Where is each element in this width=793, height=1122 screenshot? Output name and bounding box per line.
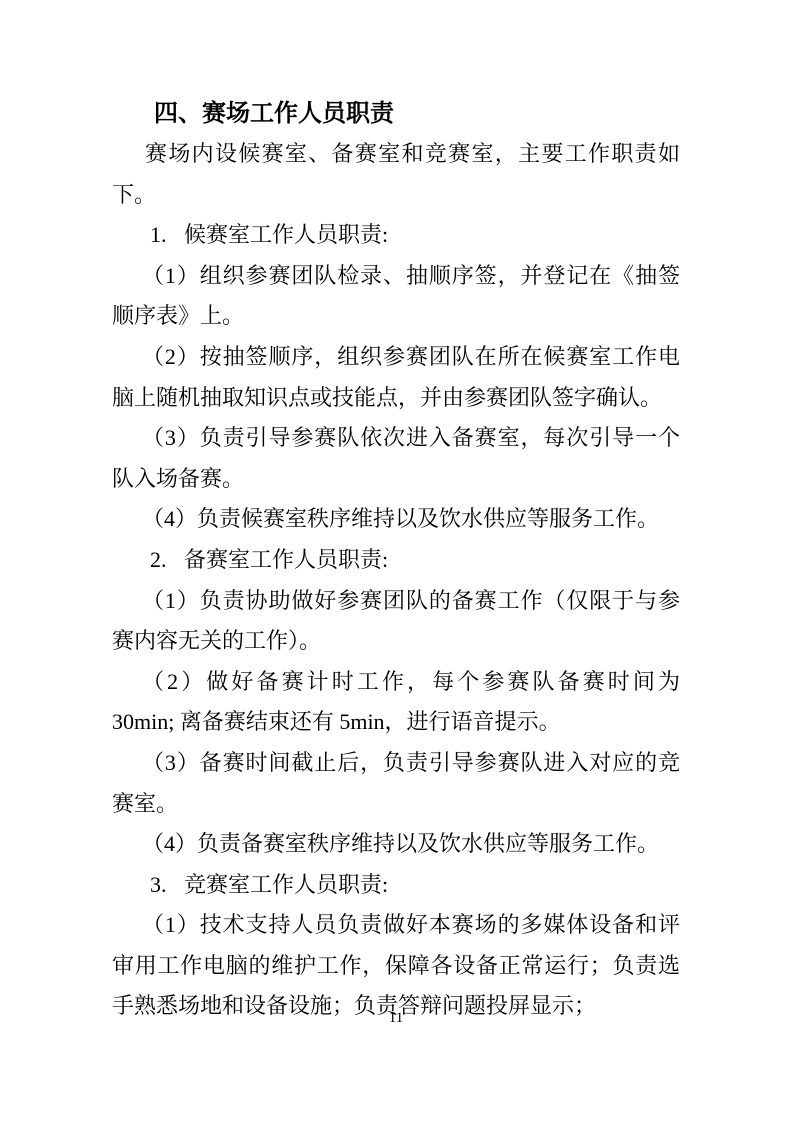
item-1-sub-4: （4）负责候赛室秩序维持以及饮水供应等服务工作。	[112, 499, 680, 540]
page-number: 11	[112, 1010, 680, 1027]
list-item-2-heading: 2. 备赛室工作人员职责:	[112, 540, 680, 581]
item-1-sub-2: （2）按抽签顺序，组织参赛团队在所在候赛室工作电脑上随机抽取知识点或技能点，并由…	[112, 337, 680, 418]
document-page: 四、赛场工作人员职责 赛场内设候赛室、备赛室和竞赛室，主要工作职责如下。 1. …	[0, 0, 793, 1122]
document-content: 四、赛场工作人员职责 赛场内设候赛室、备赛室和竞赛室，主要工作职责如下。 1. …	[112, 93, 680, 1027]
item-2-sub-1: （1）负责协助做好参赛团队的备赛工作（仅限于与参赛内容无关的工作）。	[112, 581, 680, 662]
list-item-3-heading: 3. 竞赛室工作人员职责:	[112, 865, 680, 906]
item-3-sub-1: （1）技术支持人员负责做好本赛场的多媒体设备和评审用工作电脑的维护工作，保障各设…	[112, 905, 680, 1027]
item-2-sub-3: （3）备赛时间截止后，负责引导参赛队进入对应的竞赛室。	[112, 743, 680, 824]
item-1-sub-3: （3）负责引导参赛队依次进入备赛室，每次引导一个队入场备赛。	[112, 418, 680, 499]
section-heading: 四、赛场工作人员职责	[112, 93, 680, 134]
item-2-sub-2: （2）做好备赛计时工作，每个参赛队备赛时间为 30min; 离备赛结束还有 5m…	[112, 662, 680, 743]
item-1-sub-1: （1）组织参赛团队检录、抽顺序签，并登记在《抽签顺序表》上。	[112, 256, 680, 337]
item-2-sub-4: （4）负责备赛室秩序维持以及饮水供应等服务工作。	[112, 824, 680, 865]
list-item-1-heading: 1. 候赛室工作人员职责:	[112, 215, 680, 256]
intro-paragraph: 赛场内设候赛室、备赛室和竞赛室，主要工作职责如下。	[112, 134, 680, 215]
